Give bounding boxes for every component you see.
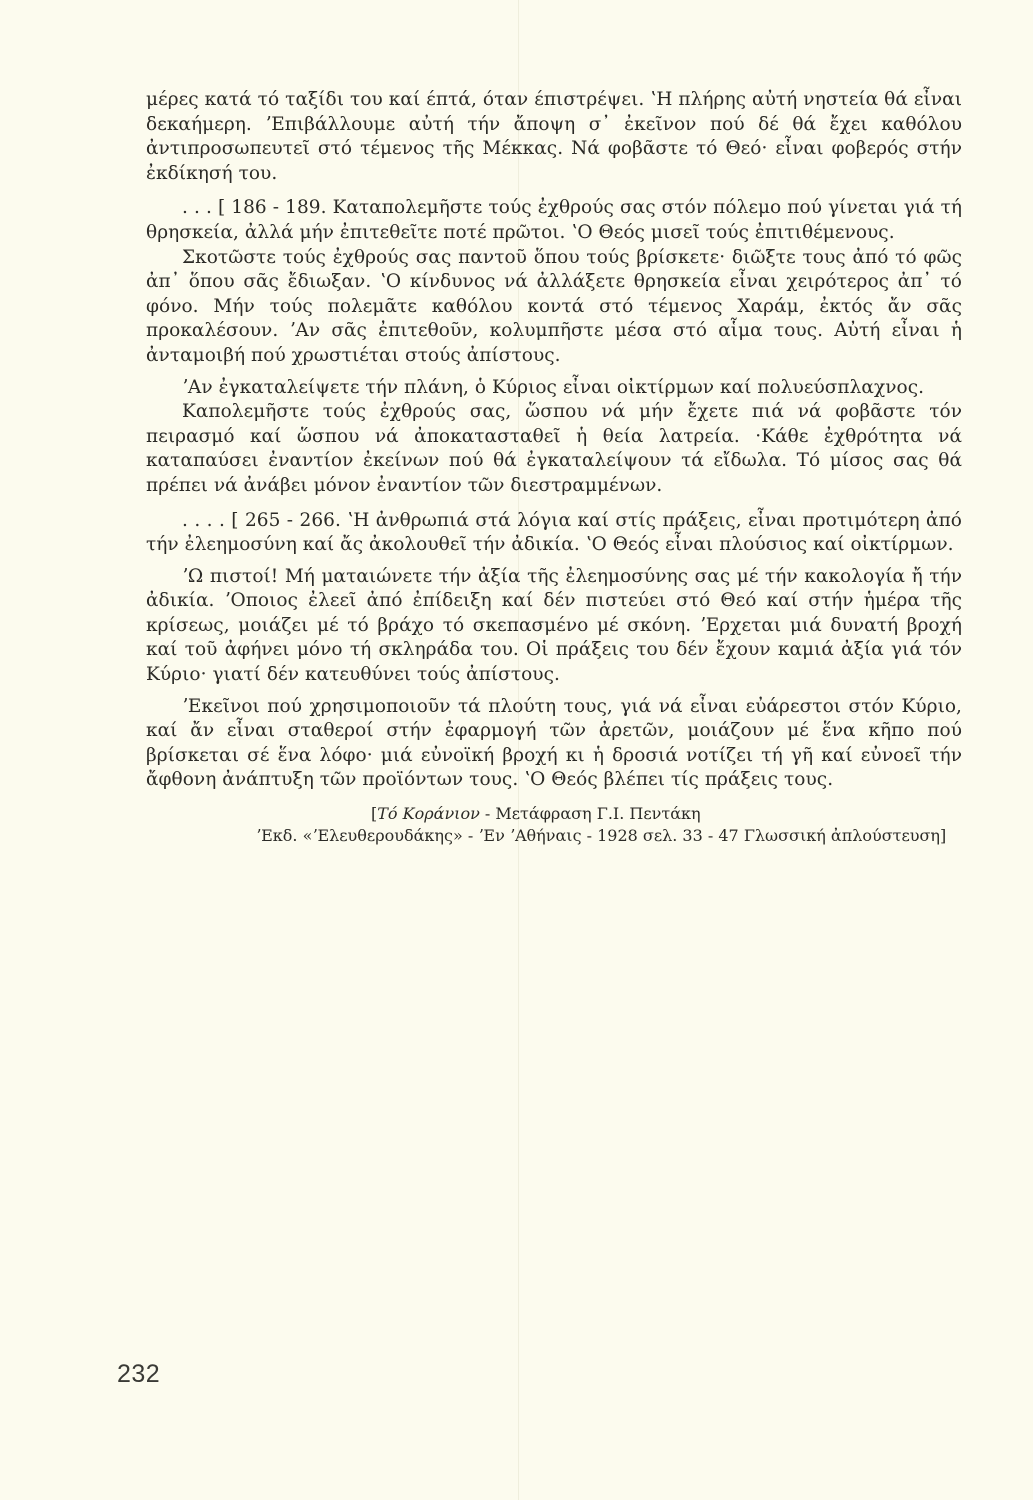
paragraph-7: ʼΩ πιστοί! Μή ματαιώνετε τήν ἀξία τῆς ἐλ… bbox=[146, 565, 962, 688]
paragraph-3: Σκοτῶστε τούς ἐχθρούς σας παντοῦ ὅπου το… bbox=[146, 246, 962, 369]
citation-title: Τό Κοράνιον bbox=[377, 804, 480, 823]
citation-translator: - Μετάφραση Γ.Ι. Πεντάκη bbox=[480, 804, 701, 823]
paragraph-8: ʼΕκεῖνοι πού χρησιμοποιοῦν τά πλούτη του… bbox=[146, 695, 962, 793]
paragraph-5: Καπολεμῆστε τούς ἐχθρούς σας, ὥσπου νά μ… bbox=[146, 400, 962, 498]
citation-line-2: ʼΕκδ. «ʼΕλευθερουδάκης» - ʼΕν ʼΑθήναις -… bbox=[146, 825, 962, 847]
citation-line-1: [Τό Κοράνιον - Μετάφραση Γ.Ι. Πεντάκη bbox=[146, 803, 962, 825]
paragraph-verse-265-266: . . . . [ 265 - 266. ʽΗ ἀνθρωπιά στά λόγ… bbox=[146, 509, 962, 558]
document-page: μέρες κατά τό ταξίδι του καί έπτά, όταν … bbox=[146, 88, 962, 847]
paragraph-1: μέρες κατά τό ταξίδι του καί έπτά, όταν … bbox=[146, 88, 962, 186]
paragraph-verse-186-189: . . . [ 186 - 189. Καταπολεμῆστε τούς ἐχ… bbox=[146, 196, 962, 245]
paragraph-4: ʼΑν ἐγκαταλείψετε τήν πλάνη, ὁ Κύριος εἶ… bbox=[146, 376, 962, 401]
page-number: 232 bbox=[117, 1360, 160, 1389]
source-citation: [Τό Κοράνιον - Μετάφραση Γ.Ι. Πεντάκη ʼΕ… bbox=[146, 803, 962, 847]
